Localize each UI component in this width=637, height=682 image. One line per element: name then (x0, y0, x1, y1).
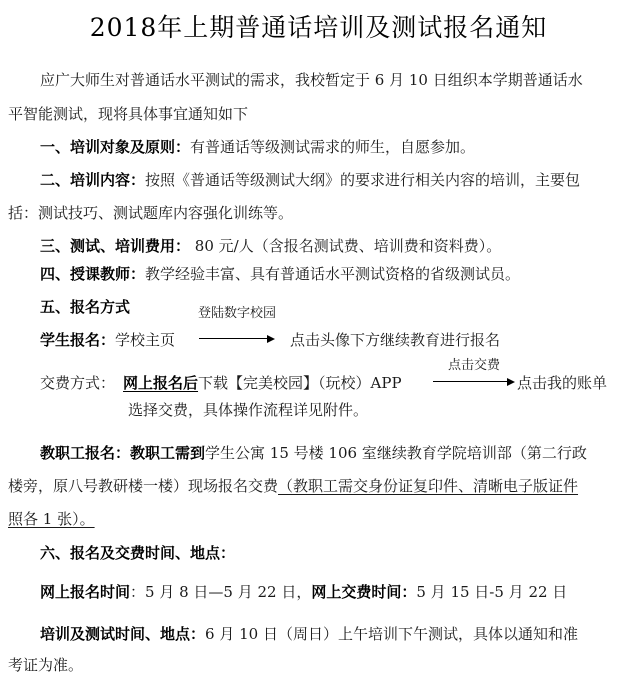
intro-line-2: 平智能测试，现将具体事宜通知如下 (8, 104, 248, 124)
section-4-heading: 四、授课教师： (40, 265, 145, 283)
training-time-location-value-line-1: 6 月 10 日（周日）上午培训下午测试，具体以通知和准 (205, 625, 578, 643)
training-time-location-value-line-2: 考证为准。 (8, 655, 83, 675)
student-registration-label: 学生报名： (40, 331, 115, 349)
staff-registration-bold: 教职工需到 (130, 444, 205, 462)
payment-method: 交费方式：网上报名后下载【完美校园】（玩校）APP (40, 373, 402, 393)
section-4: 四、授课教师：教学经验丰富、具有普通话水平测试资格的省级测试员。 (40, 264, 520, 284)
section-4-text: 教学经验丰富、具有普通话水平测试资格的省级测试员。 (145, 265, 520, 283)
online-payment-time-label: 网上交费时间： (311, 583, 416, 601)
section-5-heading: 五、报名方式 (40, 297, 130, 317)
notice-document: 2018年上期普通话培训及测试报名通知 应广大师生对普通话水平测试的需求，我校暂… (0, 0, 637, 682)
staff-registration-requirement: （教职工需交身份证复印件、清晰电子版证件 (278, 477, 578, 495)
arrow-right-icon (433, 377, 515, 387)
staff-registration: 教职工报名：教职工需到学生公寓 15 号楼 106 室继续教育学院培训部（第二行… (40, 443, 587, 463)
payment-arrow-label: 点击交费 (448, 358, 500, 374)
student-registration-to: 点击头像下方继续教育进行报名 (290, 330, 500, 350)
payment-method-label: 交费方式： (40, 374, 115, 392)
payment-after-online-registration: 网上报名后 (123, 374, 198, 392)
student-registration-from: 学校主页 (115, 331, 175, 349)
staff-registration-text-line-1: 学生公寓 15 号楼 106 室继续教育学院培训部（第二行政 (205, 444, 587, 462)
student-registration: 学生报名：学校主页 (40, 330, 175, 350)
student-arrow-label: 登陆数字校园 (198, 306, 276, 322)
staff-registration-text-line-2: 楼旁，原八号教研楼一楼）现场报名交费 (8, 477, 278, 495)
section-3: 三、测试、培训费用： 80 元/人（含报名测试费、培训费和资料费）。 (40, 236, 501, 256)
section-6-heading: 六、报名及交费时间、地点： (40, 543, 235, 563)
section-1-heading: 一、培训对象及原则： (40, 138, 190, 156)
section-2: 二、培训内容：按照《普通话等级测试大纲》的要求进行相关内容的培训，主要包 (40, 170, 580, 190)
online-payment-time-value: 5 月 15 日-5 月 22 日 (416, 583, 567, 601)
staff-registration-label: 教职工报名： (40, 444, 130, 462)
section-3-text: 80 元/人（含报名测试费、培训费和资料费）。 (190, 237, 501, 255)
section-1: 一、培训对象及原则：有普通话等级测试需求的师生，自愿参加。 (40, 137, 475, 157)
arrow-right-icon (199, 334, 275, 344)
student-arrow-block: 登陆数字校园 (198, 306, 276, 344)
training-time-location-label: 培训及测试时间、地点： (40, 625, 205, 643)
section-1-text: 有普通话等级测试需求的师生，自愿参加。 (190, 138, 475, 156)
training-time-location: 培训及测试时间、地点：6 月 10 日（周日）上午培训下午测试，具体以通知和准 (40, 624, 578, 644)
payment-arrow-block: 点击交费 (433, 358, 515, 387)
section-2-text-line-1: 按照《普通话等级测试大纲》的要求进行相关内容的培训，主要包 (145, 171, 580, 189)
staff-registration-requirement-line-3: 照各 1 张）。 (8, 509, 95, 529)
section-2-heading: 二、培训内容： (40, 171, 145, 189)
online-registration-time-label: 网上报名时间 (40, 583, 130, 601)
payment-click-my-bill: 点击我的账单 (517, 373, 607, 393)
payment-method-text: 下载【完美校园】（玩校）APP (198, 374, 402, 392)
section-2-text-line-2: 括：测试技巧、测试题库内容强化训练等。 (8, 203, 293, 223)
online-registration-time-value: ：5 月 8 日—5 月 22 日， (130, 583, 311, 601)
staff-registration-line-2: 楼旁，原八号教研楼一楼）现场报名交费（教职工需交身份证复印件、清晰电子版证件 (8, 476, 578, 496)
payment-line-2: 选择交费，具体操作流程详见附件。 (128, 400, 368, 420)
document-title: 2018年上期普通话培训及测试报名通知 (0, 8, 637, 44)
section-3-heading: 三、测试、培训费用： (40, 237, 190, 255)
online-times: 网上报名时间：5 月 8 日—5 月 22 日，网上交费时间：5 月 15 日-… (40, 582, 567, 602)
intro-line-1: 应广大师生对普通话水平测试的需求，我校暂定于 6 月 10 日组织本学期普通话水 (40, 70, 583, 90)
